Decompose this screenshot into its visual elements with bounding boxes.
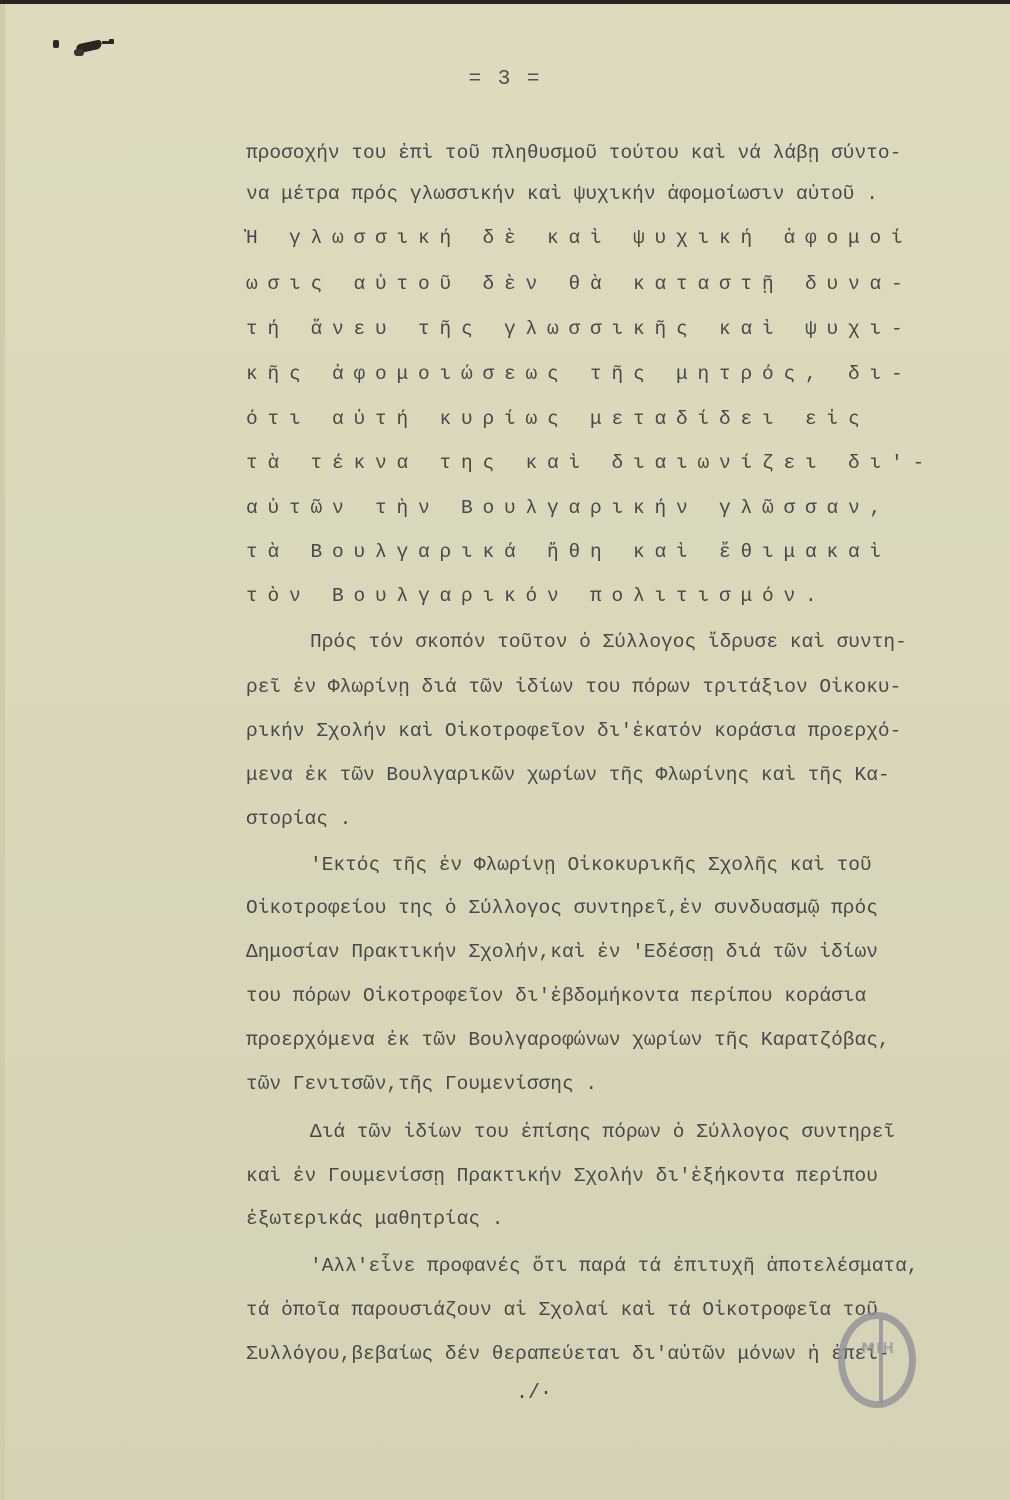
- text-line: ότι αὐτή κυρίως μεταδίδει εἰς: [246, 408, 870, 430]
- text-line: να μέτρα πρός γλωσσικήν καὶ ψυχικήν ἀφομ…: [246, 183, 878, 205]
- text-line: τά ὁποῖα παρουσιάζουν αἱ Σχολαί καὶ τά Ο…: [246, 1299, 878, 1321]
- text-line: τὰ τέκνα της καὶ διαιωνίζει δι'-: [246, 452, 934, 474]
- text-line: τῶν Γενιτσῶν,τῆς Γουμενίσσης .: [246, 1073, 597, 1095]
- text-line: Διά τῶν ἰδίων του ἐπίσης πόρων ὁ Σύλλογο…: [310, 1121, 895, 1143]
- text-line: τὰ Βουλγαρικά ἤθη καὶ ἔθιμακαὶ: [246, 541, 891, 563]
- text-line: αὐτῶν τὴν Βουλγαρικήν γλῶσσαν,: [246, 497, 891, 519]
- text-line: προσοχήν του ἐπὶ τοῦ πληθυσμοῦ τούτου κα…: [246, 142, 901, 164]
- text-line: ρικήν Σχολήν καὶ Οἰκοτροφεῖον δι'ἑκατόν …: [246, 720, 901, 742]
- text-line: τή ἄνευ τῆς γλωσσικῆς καὶ ψυχι-: [246, 318, 913, 340]
- text-line: στορίας .: [246, 808, 351, 830]
- continuation-mark: ./·: [516, 1382, 552, 1405]
- page-edge: [0, 4, 5, 1500]
- archive-stamp: ΜΙΗ: [838, 1312, 916, 1408]
- page-number: = 3 =: [0, 68, 1010, 91]
- text-line: 'Εκτός τῆς ἐν Φλωρίνῃ Οἰκοκυρικῆς Σχολῆς…: [310, 854, 872, 876]
- text-line: Ἡ γλωσσική δὲ καὶ ψυχική ἀφομοί: [246, 227, 913, 249]
- document-page: = 3 = προσοχήν του ἐπὶ τοῦ πληθυσμοῦ τού…: [0, 0, 1010, 1500]
- text-line: 'Αλλ'εἶνε προφανές ὅτι παρά τά ἐπιτυχῆ ἀ…: [310, 1255, 919, 1277]
- text-line: ωσις αὐτοῦ δὲν θὰ καταστῇ δυνα-: [246, 273, 913, 295]
- text-line: του πόρων Οἰκοτροφεῖον δι'ἑβδομήκοντα πε…: [246, 985, 866, 1007]
- text-line: Οἰκοτροφείου της ὁ Σύλλογος συντηρεῖ,ἐν …: [246, 897, 878, 919]
- text-line: κῆς ἀφομοιώσεως τῆς μητρός, δι-: [246, 363, 913, 385]
- text-line: Πρός τόν σκοπόν τοῦτον ὁ Σύλλογος ἵδρυσε…: [310, 631, 907, 653]
- text-line: μενα ἐκ τῶν Βουλγαρικῶν χωρίων τῆς Φλωρί…: [246, 764, 890, 786]
- stamp-text: ΜΙΗ: [849, 1341, 907, 1357]
- text-line: ἐξωτερικάς μαθητρίας .: [246, 1208, 503, 1230]
- text-line: Δημοσίαν Πρακτικήν Σχολήν,καὶ ἐν 'Εδέσσῃ…: [246, 941, 878, 963]
- ink-mark: [48, 36, 118, 58]
- text-line: τὸν Βουλγαρικόν πολιτισμόν.: [246, 585, 827, 607]
- text-line: ρεῖ ἐν Φλωρίνῃ διά τῶν ἰδίων του πόρων τ…: [246, 676, 901, 698]
- text-line: προερχόμενα ἐκ τῶν Βουλγαροφώνων χωρίων …: [246, 1029, 890, 1051]
- text-line: καὶ ἐν Γουμενίσσῃ Πρακτικήν Σχολήν δι'ἑξ…: [246, 1165, 878, 1187]
- text-line: Συλλόγου,βεβαίως δέν θεραπεύεται δι'αὐτῶ…: [246, 1343, 890, 1365]
